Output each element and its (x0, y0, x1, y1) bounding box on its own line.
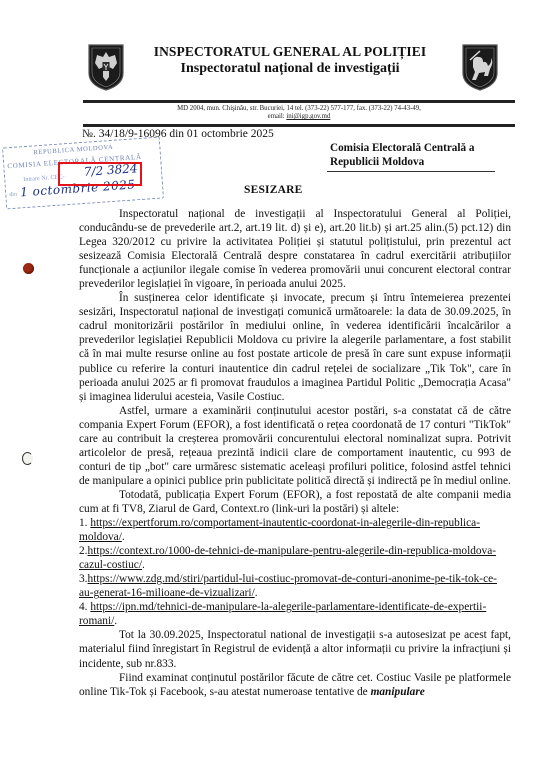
link-number: 1. (79, 517, 90, 529)
institution-subtitle: Inspectoratul național de investigații (130, 61, 450, 77)
document-heading: SESIZARE (244, 184, 303, 196)
link-item-1: 1. https://expertforum.ro/comportament-i… (79, 516, 511, 544)
emphasis-manipulare: manipulare (371, 686, 425, 698)
document-body: Inspectoratul național de investigații a… (79, 207, 511, 699)
email-label: email: (268, 113, 287, 120)
moldova-coat-of-arms-icon (87, 43, 125, 91)
punch-hole-mark (22, 452, 33, 465)
link-suffix: . (114, 615, 117, 627)
paragraph-efor-analysis: Astfel, urmare a examinării conținutului… (79, 404, 511, 488)
link-number: 2. (79, 545, 88, 557)
paragraph-intro: Inspectoratul național de investigații a… (79, 207, 511, 291)
link-ipn[interactable]: https://ipn.md/tehnici-de-manipulare-la-… (79, 601, 486, 627)
link-number: 3. (79, 573, 88, 585)
outgoing-registration-number: №. 34/18/9-16096 din 01 octombrie 2025 (82, 128, 274, 140)
email-link[interactable]: ini@igp.gov.md (286, 113, 330, 120)
link-zdg[interactable]: https://www.zdg.md/stiri/partidul-lui-co… (79, 573, 497, 599)
link-item-3: 3.https://www.zdg.md/stiri/partidul-lui-… (79, 572, 511, 600)
header-divider-bottom (83, 124, 515, 127)
paragraph-self-referral: Tot la 30.09.2025, Inspectoratul nationa… (79, 628, 511, 670)
stamp-country: REPUBLICA MOLDOVA (33, 144, 113, 157)
red-dot-mark (23, 263, 34, 274)
paragraph-media-reposts: Totodată, publicația Expert Forum (EFOR)… (79, 488, 511, 516)
header-divider-top (83, 100, 515, 103)
addressee-underline (327, 171, 495, 172)
addressee-line1: Comisia Electorală Centrală a (330, 141, 530, 155)
entry-number-highlight-box (58, 162, 142, 186)
addressee-line2: Republicii Moldova (330, 155, 530, 169)
paragraph-examination: Fiind examinat conținutul postărilor făc… (79, 671, 511, 699)
addressee: Comisia Electorală Centrală a Republicii… (330, 141, 530, 169)
link-suffix: . (142, 559, 145, 571)
stamp-date-label: din (9, 192, 17, 199)
link-item-2: 2.https://context.ro/1000-de-tehnici-de-… (79, 544, 511, 572)
link-suffix: . (122, 531, 125, 543)
institution-email-line: email: ini@igp.gov.md (83, 112, 515, 121)
link-expertforum[interactable]: https://expertforum.ro/comportament-inau… (79, 517, 480, 543)
examination-text: Fiind examinat conținutul postărilor făc… (79, 672, 511, 698)
paragraph-findings: În susținerea celor identificate și invo… (79, 291, 511, 403)
lion-shield-icon (461, 43, 499, 91)
link-number: 4. (79, 601, 90, 613)
institution-title: INSPECTORATUL GENERAL AL POLIȚIEI (130, 44, 450, 60)
link-suffix: . (255, 587, 258, 599)
link-item-4: 4. https://ipn.md/tehnici-de-manipulare-… (79, 600, 511, 628)
